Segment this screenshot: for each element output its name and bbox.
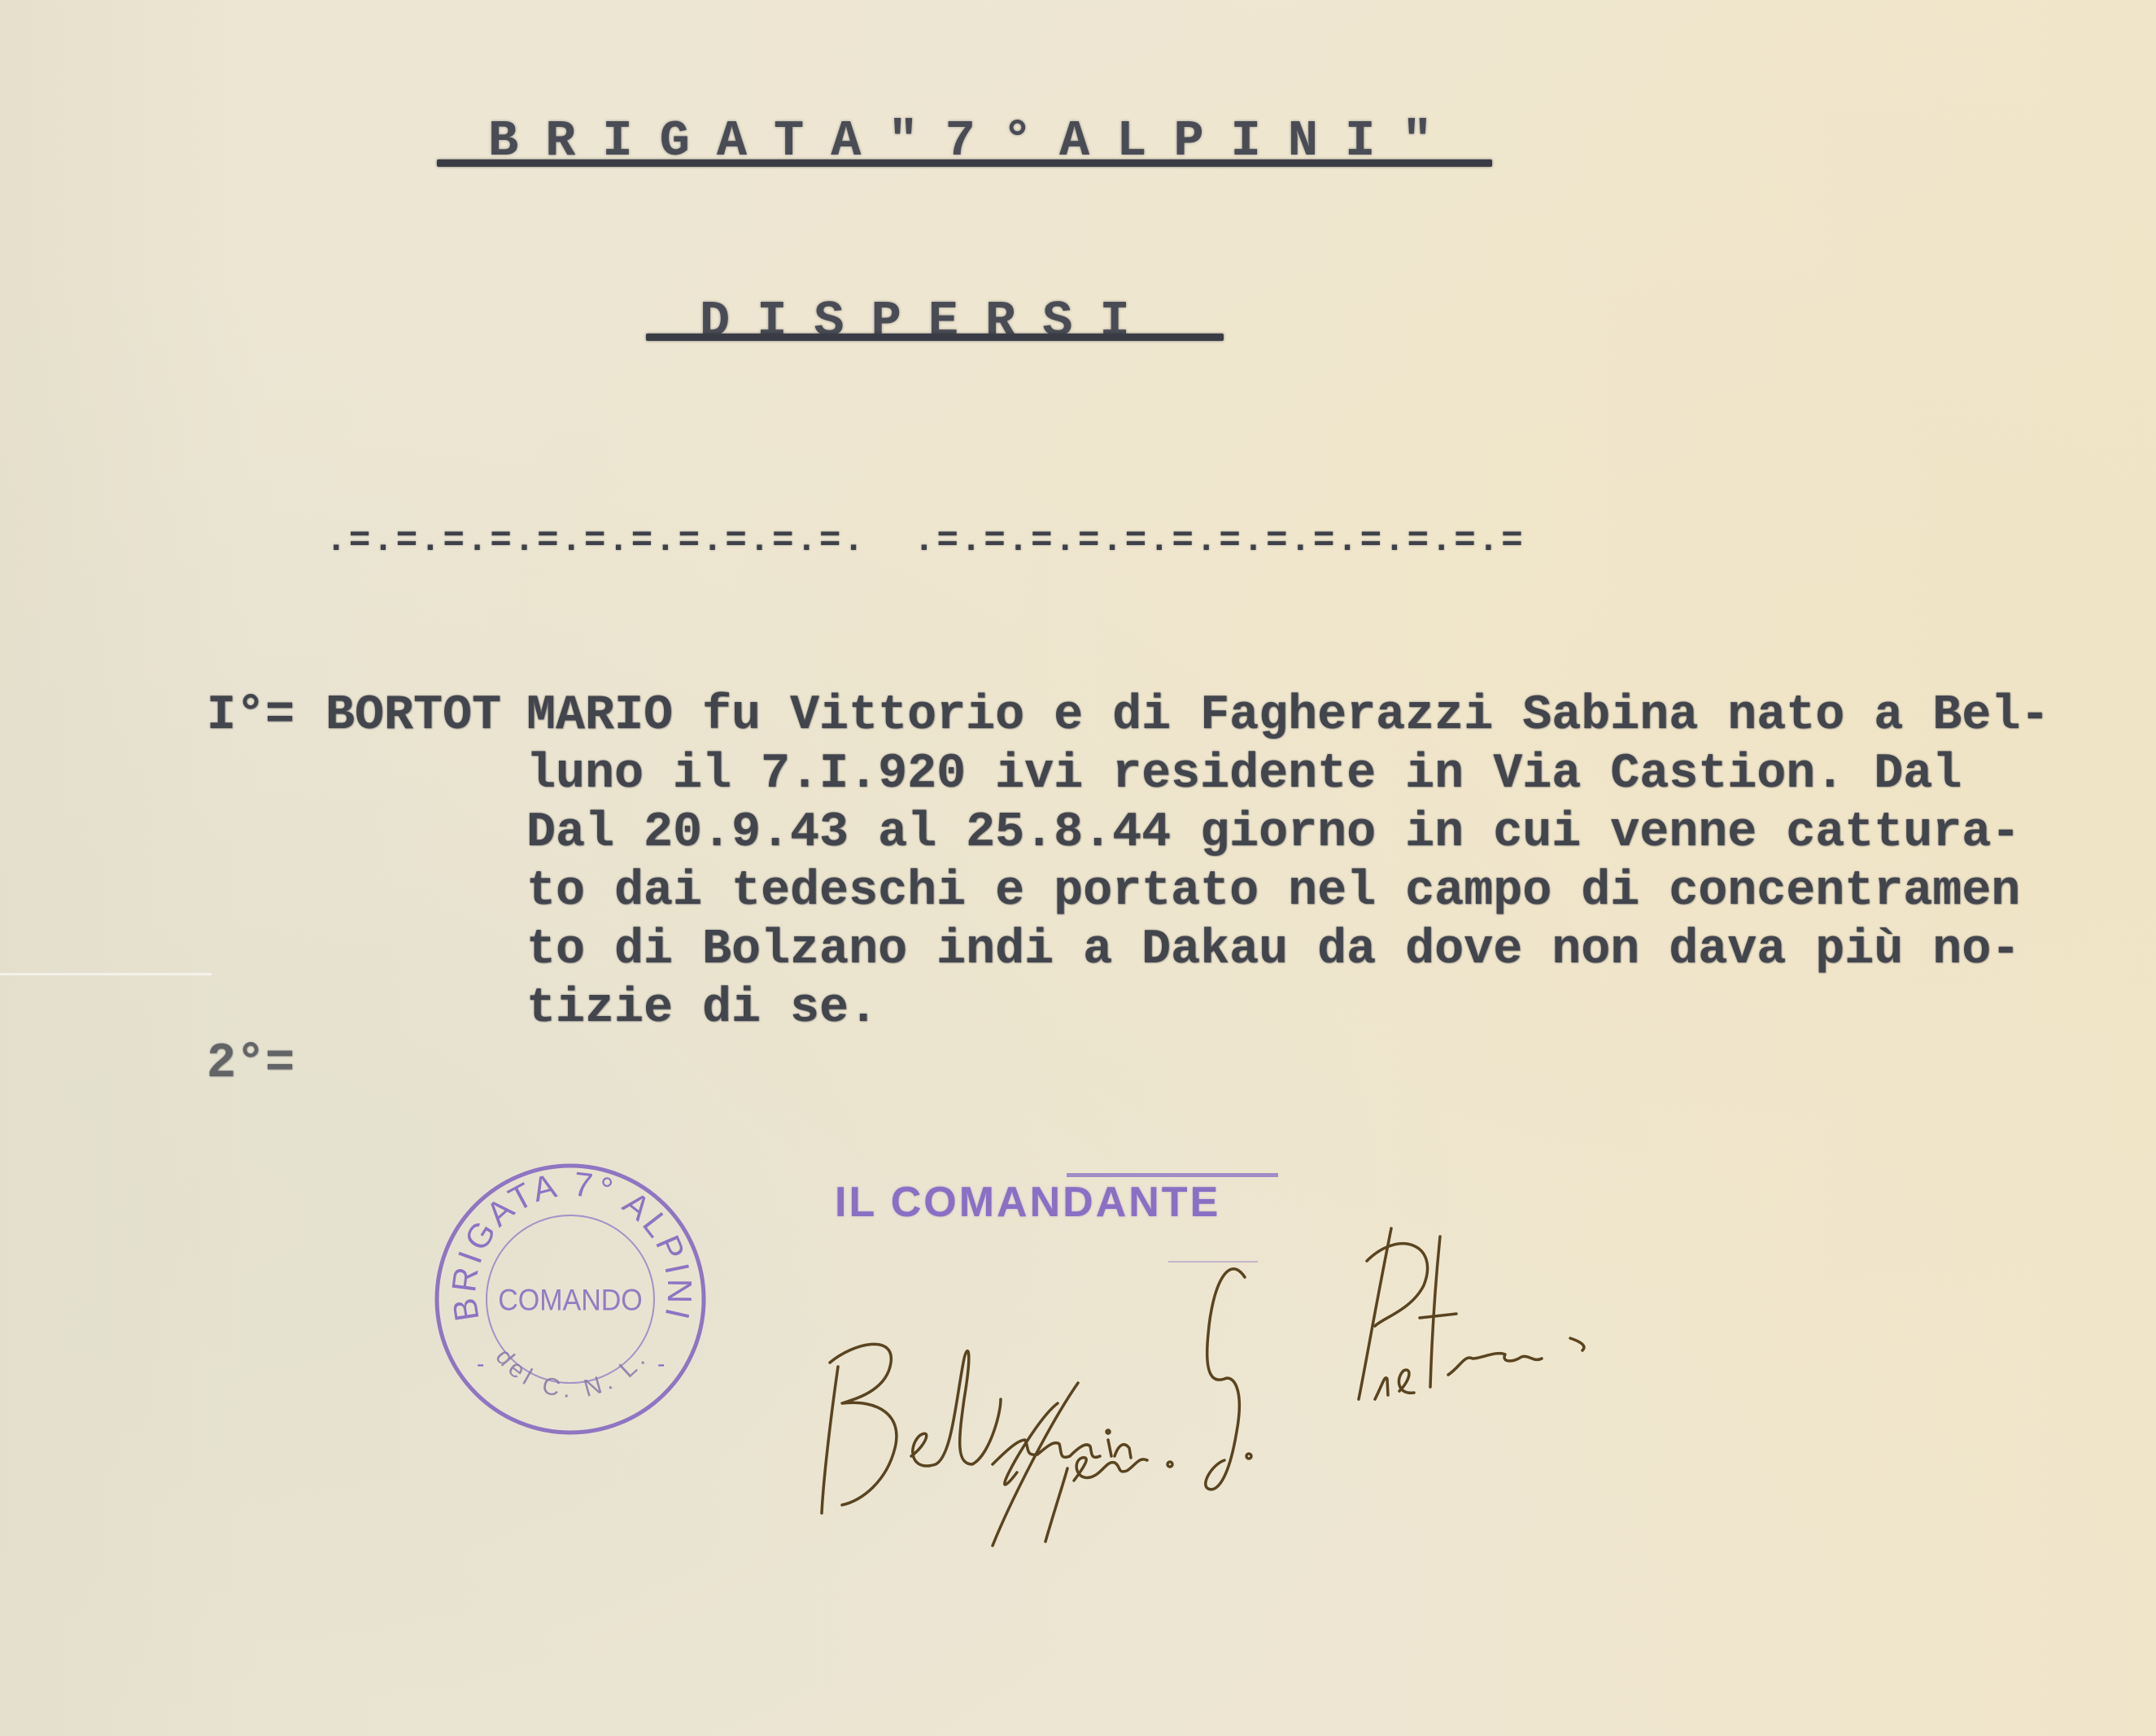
entry-number: I°=: [207, 691, 295, 740]
round-stamp: BRIGATA 7° ALPINI del C. N. L. - - COMAN…: [433, 1162, 708, 1437]
svg-text:-: -: [477, 1351, 484, 1376]
header-underline: [437, 159, 1492, 167]
stamp-center-text: COMANDO: [498, 1283, 643, 1317]
handwritten-signature: Bellenzin G. Pietro Cleono.: [805, 1212, 1717, 1554]
entry-text-line: luno il 7.I.920 ivi residente in Via Cas…: [526, 750, 1962, 799]
entry-text-line: to di Bolzano indi a Dakau da dove non d…: [526, 926, 2020, 975]
entry-surname: BORTOT: [325, 691, 501, 740]
subtitle-underline: [646, 334, 1224, 341]
entry-number: 2°=: [207, 1040, 295, 1088]
separator-line: .=.=.=.=.=.=.=.=.=.=.=. .=.=.=.=.=.=.=.=…: [325, 521, 1525, 561]
entry-text-line: MARIO fu Vittorio e di Fagherazzi Sabina…: [526, 691, 2049, 740]
document-subtitle: DISPERSI: [700, 293, 1157, 351]
stamp-top-border: [1067, 1173, 1278, 1177]
entry-text-line: to dai tedeschi e portato nel campo di c…: [526, 867, 2020, 916]
signature-line2: Cleono.: [805, 1212, 810, 1213]
svg-text:-: -: [657, 1351, 665, 1376]
paper-crease: [0, 973, 212, 975]
entry-text-line: Dal 20.9.43 al 25.8.44 giorno in cui ven…: [526, 809, 2020, 857]
svg-text:del C. N. L.: del C. N. L.: [491, 1344, 654, 1403]
entry-text-line: tizie di se.: [526, 984, 878, 1033]
stamp-bottom-text: del C. N. L.: [491, 1344, 654, 1403]
